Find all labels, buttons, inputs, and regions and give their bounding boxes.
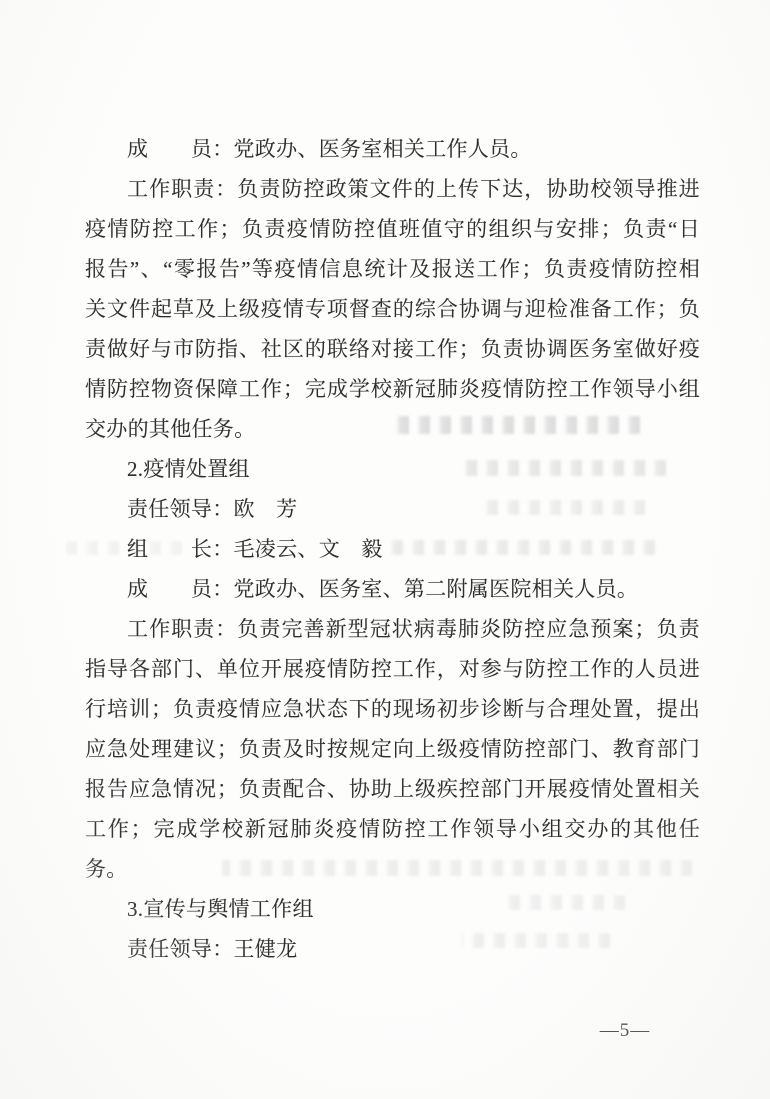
text-line: 工作职责：负责完善新型冠状病毒肺炎防控应急预案；负责: [85, 609, 700, 649]
text-line: 关文件起草及上级疫情专项督查的综合协调与迎检准备工作；负: [85, 289, 700, 329]
text-line: 应急处理建议；负责及时按规定向上级疫情防控部门、教育部门: [85, 729, 700, 769]
document-page: 成 员：党政办、医务室相关工作人员。工作职责：负责防控政策文件的上传下达，协助校…: [0, 0, 770, 1099]
text-line: 3.宣传与舆情工作组: [85, 889, 700, 929]
text-line: 组 长：毛凌云、文 毅: [85, 529, 700, 569]
text-line: 责做好与市防指、社区的联络对接工作；负责协调医务室做好疫: [85, 329, 700, 369]
text-line: 2.疫情处置组: [85, 449, 700, 489]
text-line: 报告应急情况；负责配合、协助上级疾控部门开展疫情处置相关: [85, 769, 700, 809]
text-line: 指导各部门、单位开展疫情防控工作，对参与防控工作的人员进: [85, 649, 700, 689]
text-line: 报告”、“零报告”等疫情信息统计及报送工作；负责疫情防控相: [85, 249, 700, 289]
text-line: 工作；完成学校新冠肺炎疫情防控工作领导小组交办的其他任: [85, 809, 700, 849]
text-line: 责任领导：王健龙: [85, 929, 700, 969]
text-line: 工作职责：负责防控政策文件的上传下达，协助校领导推进: [85, 169, 700, 209]
text-line: 务。: [85, 849, 700, 889]
text-line: 成 员：党政办、医务室相关工作人员。: [85, 129, 700, 169]
page-number: —5—: [580, 1020, 670, 1042]
text-line: 疫情防控工作；负责疫情防控值班值守的组织与安排；负责“日: [85, 209, 700, 249]
text-line: 行培训；负责疫情应急状态下的现场初步诊断与合理处置，提出: [85, 689, 700, 729]
document-body: 成 员：党政办、医务室相关工作人员。工作职责：负责防控政策文件的上传下达，协助校…: [85, 129, 700, 969]
text-line: 交办的其他任务。: [85, 409, 700, 449]
text-line: 责任领导：欧 芳: [85, 489, 700, 529]
text-line: 成 员：党政办、医务室、第二附属医院相关人员。: [85, 569, 700, 609]
text-line: 情防控物资保障工作；完成学校新冠肺炎疫情防控工作领导小组: [85, 369, 700, 409]
